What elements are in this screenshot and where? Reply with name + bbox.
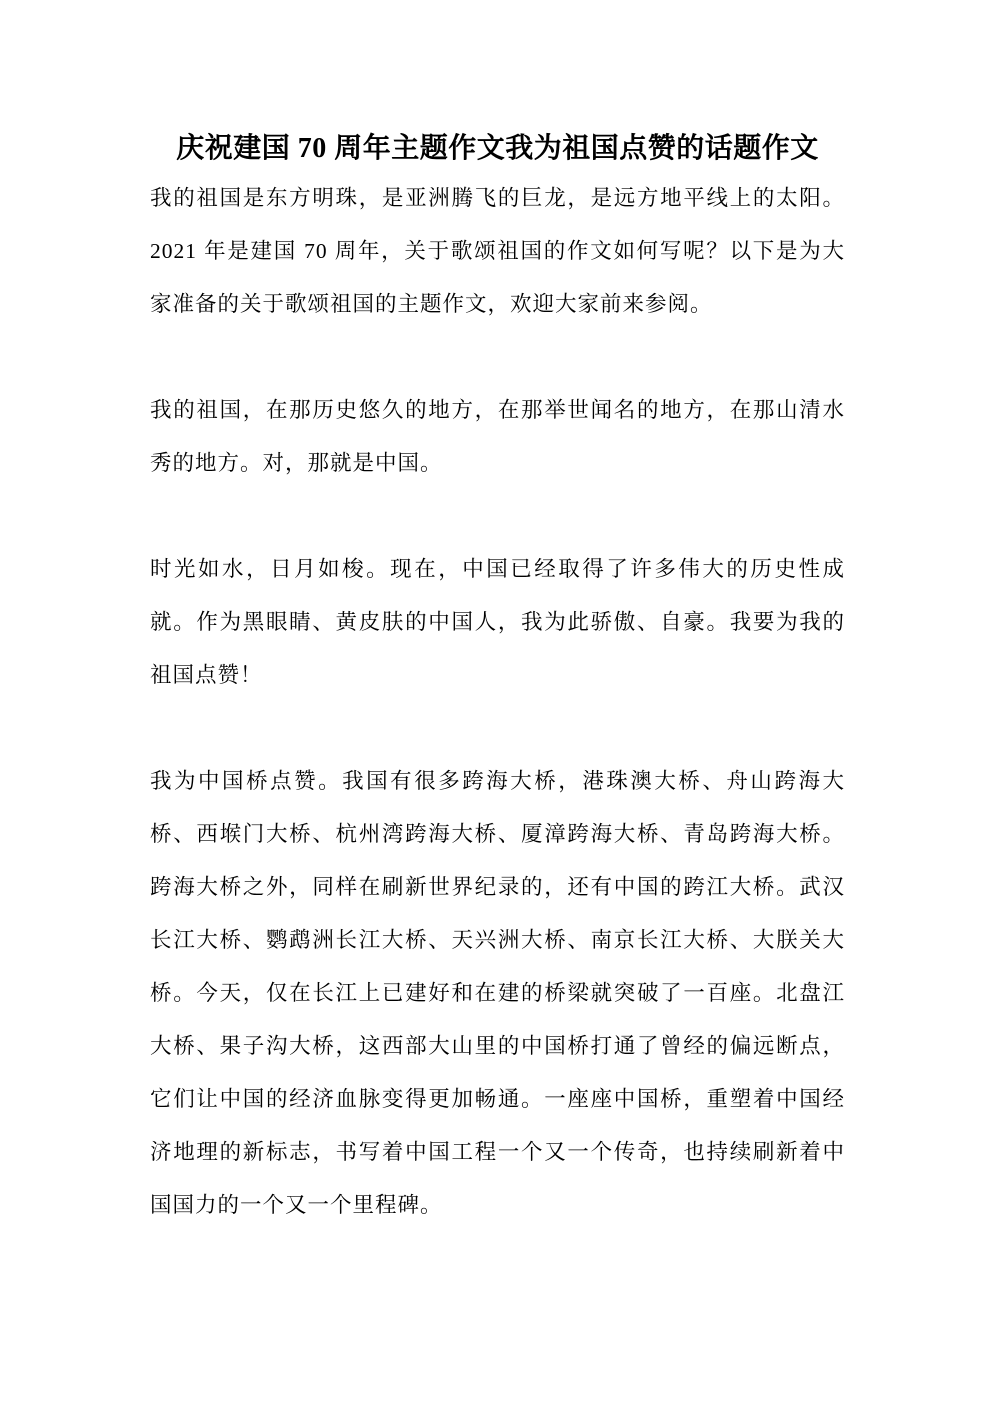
document-content: 庆祝建国 70 周年主题作文我为祖国点赞的话题作文 我的祖国是东方明珠，是亚洲腾… bbox=[0, 0, 993, 1232]
document-title: 庆祝建国 70 周年主题作文我为祖国点赞的话题作文 bbox=[150, 0, 845, 172]
paragraph-motherland: 我的祖国，在那历史悠久的地方，在那举世闻名的地方，在那山清水秀的地方。对，那就是… bbox=[150, 384, 845, 490]
document-page: 庆祝建国 70 周年主题作文我为祖国点赞的话题作文 我的祖国是东方明珠，是亚洲腾… bbox=[0, 0, 993, 1404]
paragraph-pride: 时光如水，日月如梭。现在，中国已经取得了许多伟大的历史性成就。作为黑眼睛、黄皮肤… bbox=[150, 543, 845, 702]
paragraph-bridges: 我为中国桥点赞。我国有很多跨海大桥，港珠澳大桥、舟山跨海大桥、西堠门大桥、杭州湾… bbox=[150, 755, 845, 1232]
paragraph-intro: 我的祖国是东方明珠，是亚洲腾飞的巨龙，是远方地平线上的太阳。2021 年是建国 … bbox=[150, 172, 845, 331]
